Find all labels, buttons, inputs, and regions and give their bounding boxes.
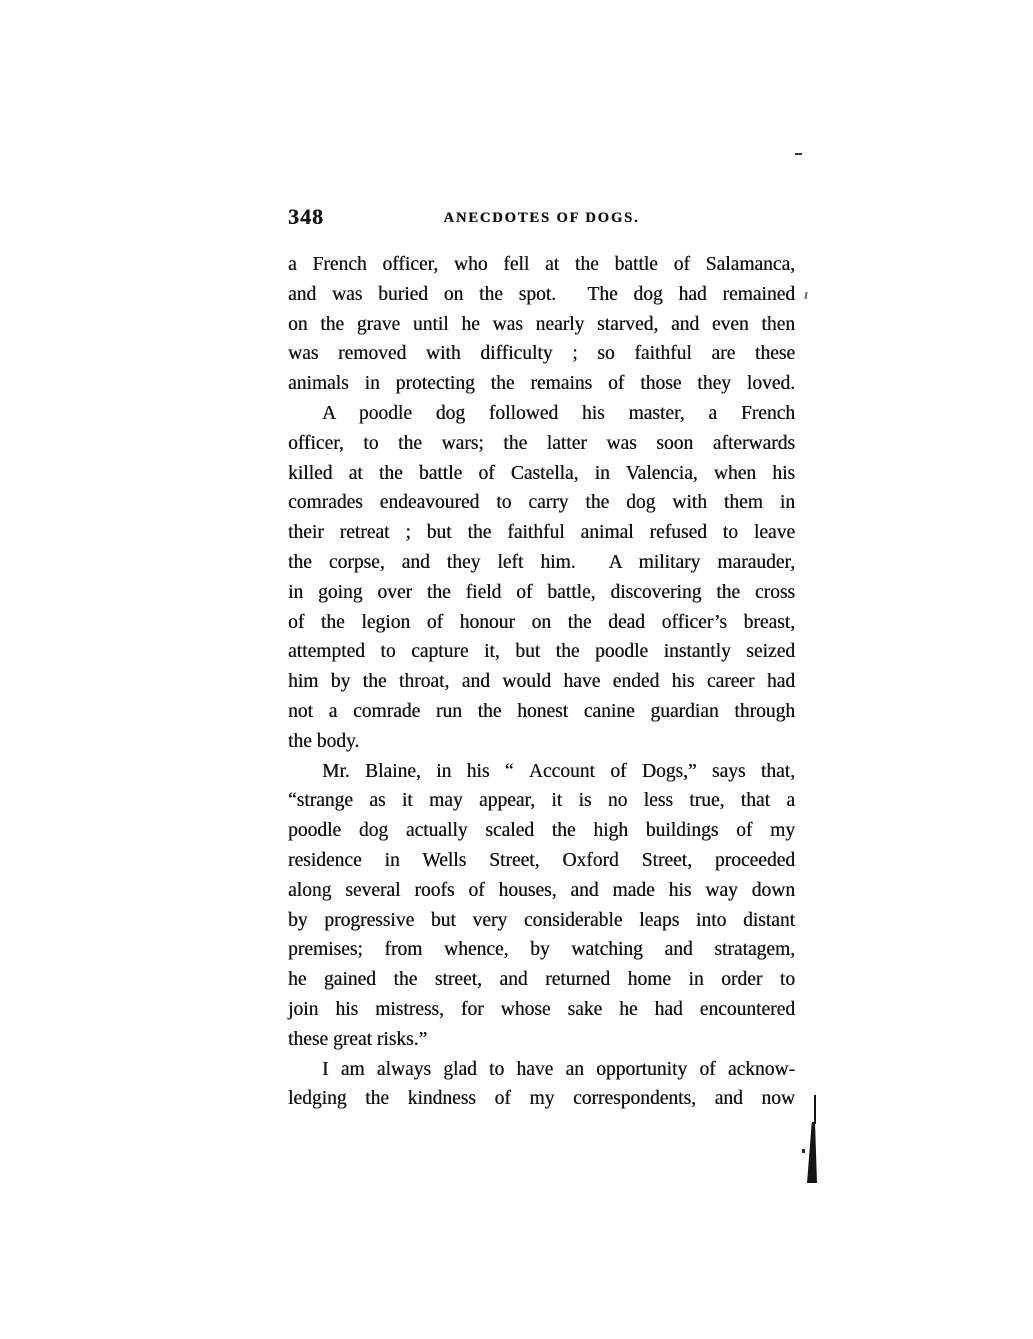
- text-line: a French officer, who fell at the battle…: [288, 250, 795, 280]
- text-line: A poodle dog followed his master, a Fren…: [288, 399, 795, 429]
- text-line: “strange as it may appear, it is no less…: [288, 786, 795, 816]
- running-header: 348 ANECDOTES OF DOGS.: [288, 204, 795, 232]
- scan-artifact-dot: [802, 1149, 805, 1153]
- text-line: the body.: [288, 727, 795, 757]
- text-line: I am always glad to have an opportunity …: [288, 1055, 795, 1085]
- text-line: comrades endeavoured to carry the dog wi…: [288, 488, 795, 518]
- scan-artifact-tick: [804, 292, 807, 299]
- running-title: ANECDOTES OF DOGS.: [288, 210, 795, 227]
- text-line: join his mistress, for whose sake he had…: [288, 995, 795, 1025]
- text-line: Mr. Blaine, in his “ Account of Dogs,” s…: [288, 757, 795, 787]
- text-line: not a comrade run the honest canine guar…: [288, 697, 795, 727]
- book-page: 348 ANECDOTES OF DOGS. a French officer,…: [0, 0, 1033, 1339]
- text-line: residence in Wells Street, Oxford Street…: [288, 846, 795, 876]
- page-body: a French officer, who fell at the battle…: [288, 250, 795, 1114]
- scan-artifact-ink-wedge: [807, 1122, 817, 1183]
- text-line: in going over the field of battle, disco…: [288, 578, 795, 608]
- scan-artifact-dash: [795, 153, 802, 155]
- text-line: by progressive but very considerable lea…: [288, 906, 795, 936]
- text-line: officer, to the wars; the latter was soo…: [288, 429, 795, 459]
- text-line: along several roofs of houses, and made …: [288, 876, 795, 906]
- text-line: these great risks.”: [288, 1025, 795, 1055]
- text-line: attempted to capture it, but the poodle …: [288, 637, 795, 667]
- text-line: premises; from whence, by watching and s…: [288, 935, 795, 965]
- text-line: of the legion of honour on the dead offi…: [288, 608, 795, 638]
- text-line: and was buried on the spot. The dog had …: [288, 280, 795, 310]
- text-line: their retreat ; but the faithful animal …: [288, 518, 795, 548]
- text-line: the corpse, and they left him. A militar…: [288, 548, 795, 578]
- text-line: on the grave until he was nearly starved…: [288, 310, 795, 340]
- text-line: ledging the kindness of my correspondent…: [288, 1084, 795, 1114]
- scan-artifact-hairline: [814, 1095, 816, 1124]
- text-line: killed at the battle of Castella, in Val…: [288, 459, 795, 489]
- text-line: him by the throat, and would have ended …: [288, 667, 795, 697]
- text-line: was removed with difficulty ; so faithfu…: [288, 339, 795, 369]
- text-line: animals in protecting the remains of tho…: [288, 369, 795, 399]
- text-line: he gained the street, and returned home …: [288, 965, 795, 995]
- text-line: poodle dog actually scaled the high buil…: [288, 816, 795, 846]
